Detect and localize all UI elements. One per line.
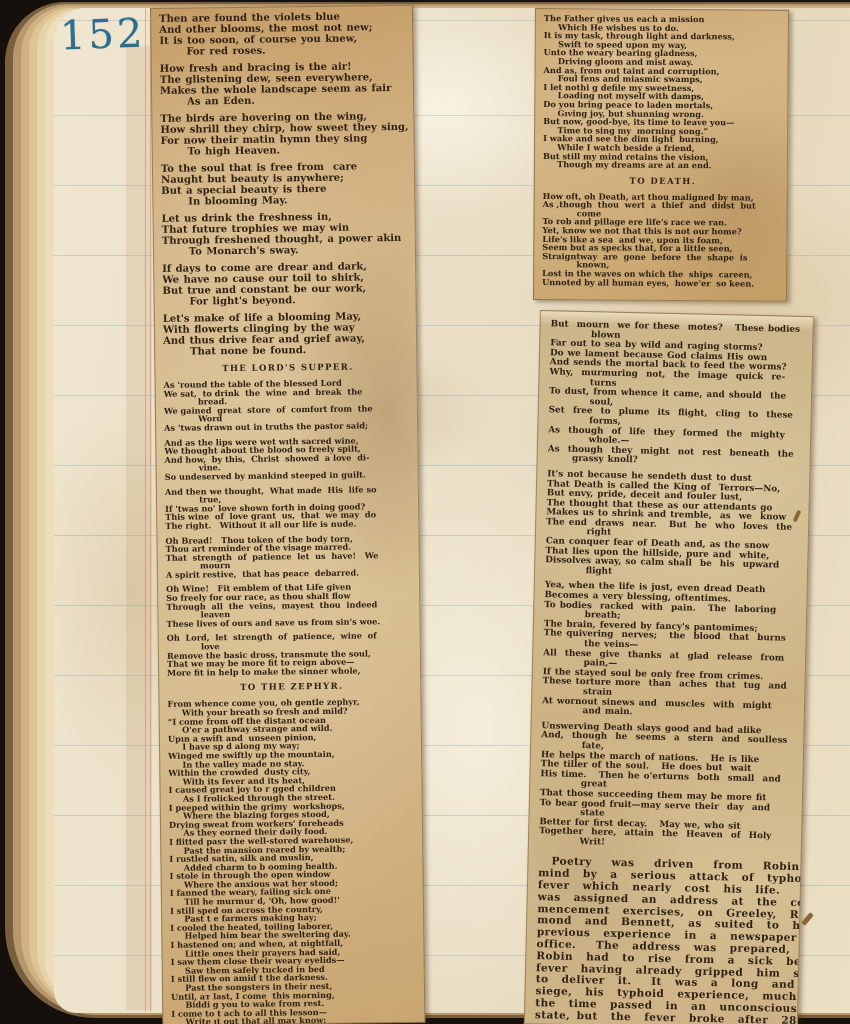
clipping-stanza: As 'round the table of the blessed LordW… xyxy=(164,378,414,433)
clipping-stanza: Yea, when the life is just, even dread D… xyxy=(542,582,801,722)
clipping-stanza: Oh Lord, let strength of patience, wine … xyxy=(167,631,417,677)
clipping-right-top: The Father gives us each a mission Which… xyxy=(533,8,789,302)
clipping-stanza: To the soul that is free from careNaught… xyxy=(161,161,411,208)
clipping-stanza: Oh Wine! Fit emblem of that Life givenSo… xyxy=(166,582,416,628)
clipping-stanza: Let's make of life a blooming May,With f… xyxy=(163,311,413,358)
clipping-stanza: And then we thought, What made His life … xyxy=(165,484,415,530)
clipping-heading: THE LORD'S SUPPER. xyxy=(163,362,412,375)
clipping-stanza: It's not because he sendeth dust to dust… xyxy=(545,470,803,581)
clipping-stanza: Let us drink the freshness in,That futur… xyxy=(162,211,412,258)
clipping-right-bottom: But mourn we for these motes? These bodi… xyxy=(524,310,814,1024)
margin-line xyxy=(145,8,151,1012)
clipping-stanza: From whence come you, oh gentle zephyr, … xyxy=(167,697,420,1024)
page-number: 152 xyxy=(59,11,146,60)
clipping-heading: TO DEATH. xyxy=(543,176,783,188)
clipping-prose: Poetry was driven from Robin'smind by a … xyxy=(535,857,795,1024)
clipping-heading: TO THE ZEPHYR. xyxy=(167,681,416,694)
scrapbook-scan: { "page": { "number": "152" }, "colors":… xyxy=(0,0,850,1024)
clipping-stanza: The Father gives us each a mission Which… xyxy=(543,14,784,170)
clipping-stanza: How fresh and bracing is the air!The gli… xyxy=(160,61,410,108)
clipping-stanza: But mourn we for these motes? These bodi… xyxy=(548,320,807,470)
clipping-stanza: How oft, oh Death, art thou maligned by … xyxy=(542,192,783,288)
clipping-stanza: And as the lips were wet wıth sacred win… xyxy=(164,435,414,481)
clipping-stanza: Oh Brеad! Thou token of the body torn,Th… xyxy=(165,533,415,579)
clipping-left-column: Then are found the violets blueAnd other… xyxy=(150,5,425,1024)
clipping-stanza: Then are found the violets blueAnd other… xyxy=(159,11,409,58)
clipping-stanza: If days to come are drear and dark,We ha… xyxy=(162,261,412,308)
clipping-stanza: Unswerving Death slays good and bad alik… xyxy=(539,722,798,852)
clipping-stanza: The birds are hovering on the wing,How s… xyxy=(160,111,410,158)
